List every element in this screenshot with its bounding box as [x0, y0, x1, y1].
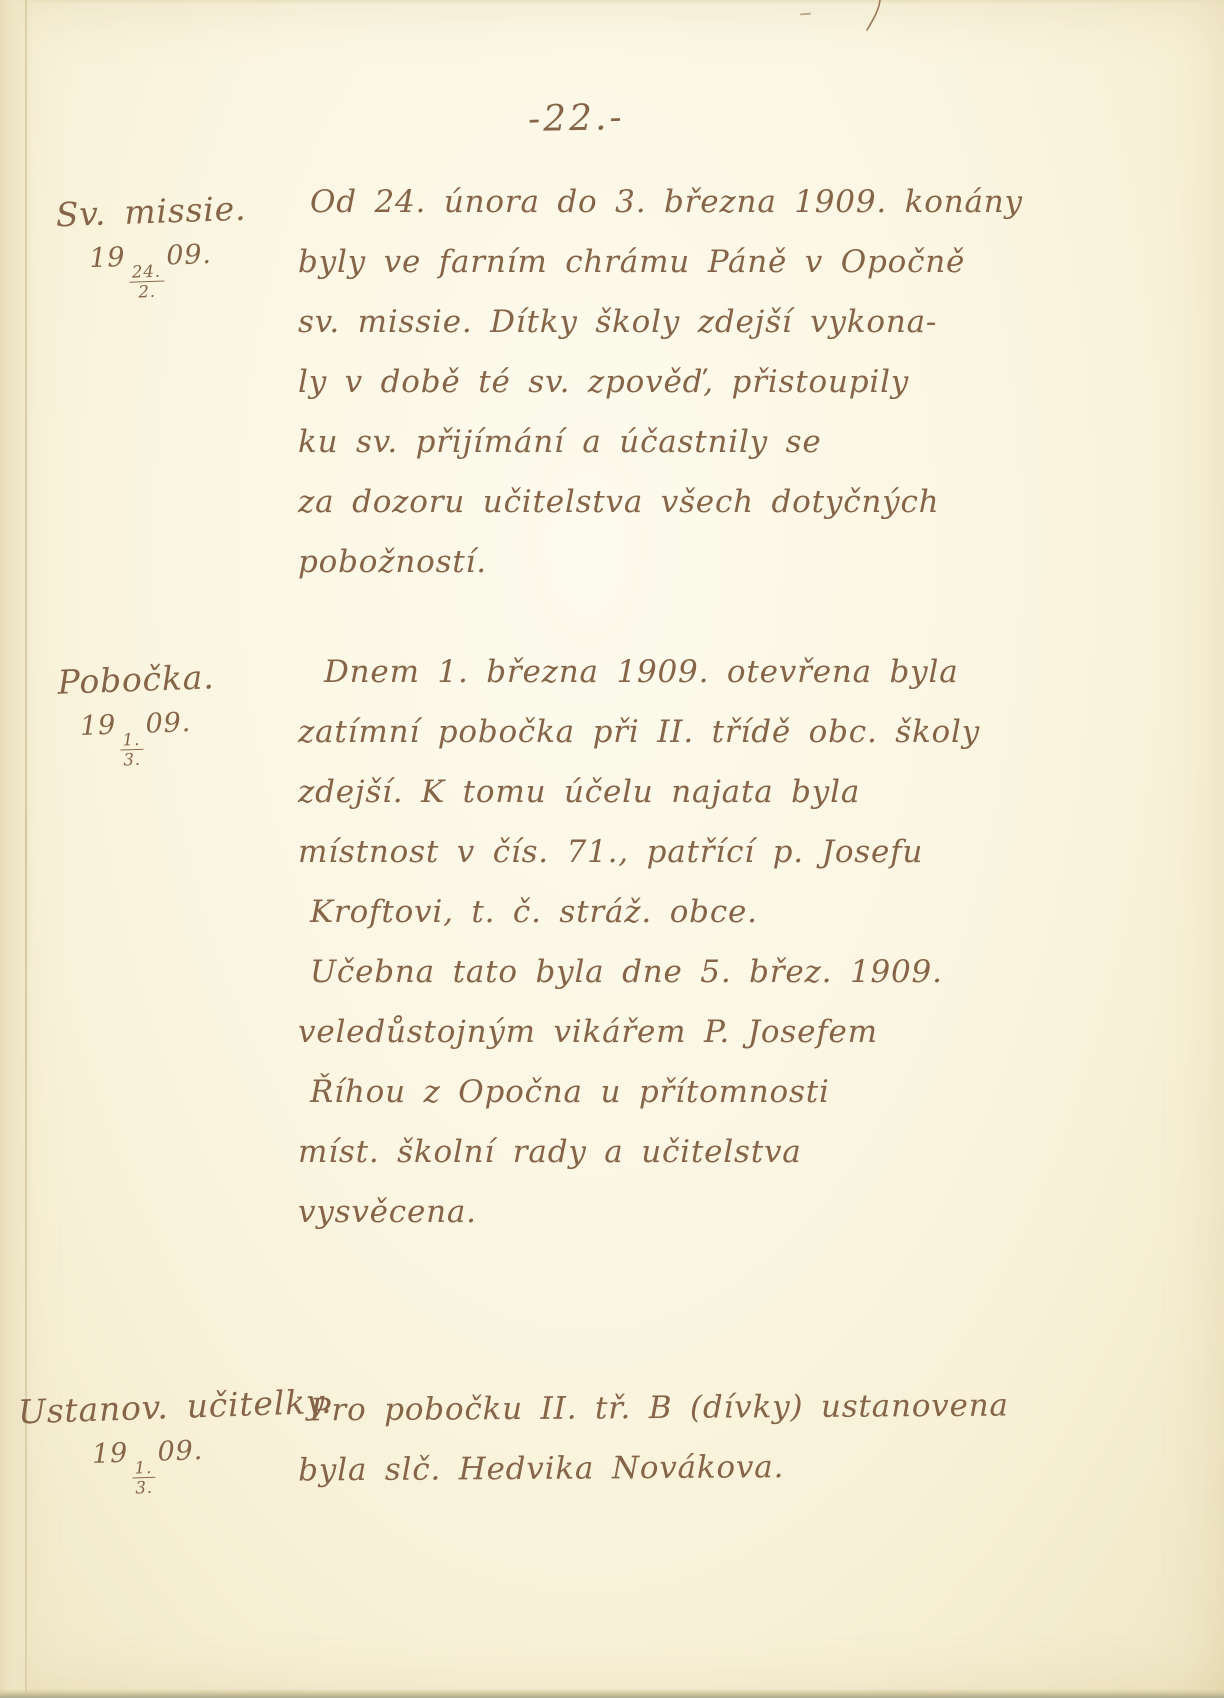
page-top-edge	[0, 0, 1224, 4]
text-line: za dozoru učitelstva všech dotyčných	[298, 472, 1018, 532]
margin-note-ustanoveni-ucitelky: Ustanov. učitelky. 191.3.09.	[18, 1388, 278, 1495]
margin-note-sv-missie: Sv. missie. 1924.2.09.	[36, 192, 266, 299]
margin-note-date: 191.3.09.	[17, 1432, 279, 1500]
date-year-suffix: 09.	[166, 239, 212, 272]
text-line: ly v době té sv. zpověď, přistoupily	[298, 352, 1018, 412]
paragraph-sv-missie: Od 24. února do 3. března 1909. konány b…	[298, 172, 1018, 592]
margin-note-pobocka: Pobočka. 191.3.09.	[36, 660, 236, 767]
text-line: Říhou z Opočna u přítomnosti	[298, 1062, 1018, 1122]
text-line: Pro pobočku II. tř. B (dívky) ustanovena	[298, 1375, 1018, 1440]
date-year-prefix: 19	[89, 242, 126, 274]
date-month: 3.	[135, 1478, 153, 1496]
margin-note-title: Sv. missie.	[35, 188, 266, 235]
text-line: sv. missie. Dítky školy zdejší vykona-	[298, 292, 1018, 352]
date-fraction: 24.2.	[129, 263, 165, 301]
date-year-prefix: 19	[92, 1438, 129, 1470]
date-year-suffix: 09.	[157, 1435, 203, 1468]
paragraph-pobocka: Dnem 1. března 1909. otevřena byla zatím…	[298, 642, 1018, 1242]
margin-note-date: 191.3.09.	[35, 706, 237, 771]
date-month: 3.	[123, 750, 141, 768]
text-line: ku sv. přijímání a účastnily se	[298, 412, 1018, 472]
date-fraction: 1.3.	[131, 1459, 156, 1496]
margin-note-date: 1924.2.09.	[35, 237, 267, 303]
ink-dash-mark	[800, 13, 811, 16]
date-year-suffix: 09.	[145, 707, 191, 740]
date-day: 1.	[131, 1459, 155, 1479]
text-line: místnost v čís. 71., patřící p. Josefu	[298, 822, 1018, 882]
text-line: vysvěcena.	[298, 1182, 1018, 1242]
text-line: zatímní pobočka při II. třídě obc. školy	[298, 702, 1018, 762]
paragraph-ustanoveni-ucitelky: Pro pobočku II. tř. B (dívky) ustanovena…	[298, 1375, 1019, 1500]
manuscript-page: -22.- Sv. missie. 1924.2.09. Od 24. únor…	[0, 0, 1224, 1698]
margin-note-title: Ustanov. učitelky.	[17, 1383, 278, 1431]
date-day: 1.	[119, 731, 143, 751]
text-line: byla slč. Hedvika Novákova.	[298, 1435, 1018, 1500]
page-number: -22.-	[528, 97, 625, 140]
text-line: zdejší. K tomu účelu najata byla	[298, 762, 1018, 822]
ink-stroke-mark	[866, 0, 888, 32]
date-fraction: 1.3.	[119, 731, 144, 768]
margin-note-title: Pobočka.	[35, 657, 236, 703]
page-bottom-edge	[0, 1689, 1224, 1698]
text-line: byly ve farním chrámu Páně v Opočně	[298, 232, 1018, 292]
date-day: 24.	[129, 263, 165, 283]
text-line: pobožností.	[298, 532, 1018, 592]
text-line: Kroftovi, t. č. stráž. obce.	[298, 882, 1018, 942]
text-line: míst. školní rady a učitelstva	[298, 1122, 1018, 1182]
text-line: Dnem 1. března 1909. otevřena byla	[298, 642, 1018, 702]
text-line: veledůstojným vikářem P. Josefem	[298, 1002, 1018, 1062]
text-line: Učebna tato byla dne 5. břez. 1909.	[298, 942, 1018, 1002]
text-line: Od 24. února do 3. března 1909. konány	[298, 172, 1018, 232]
date-year-prefix: 19	[80, 710, 117, 742]
date-month: 2.	[138, 282, 156, 300]
